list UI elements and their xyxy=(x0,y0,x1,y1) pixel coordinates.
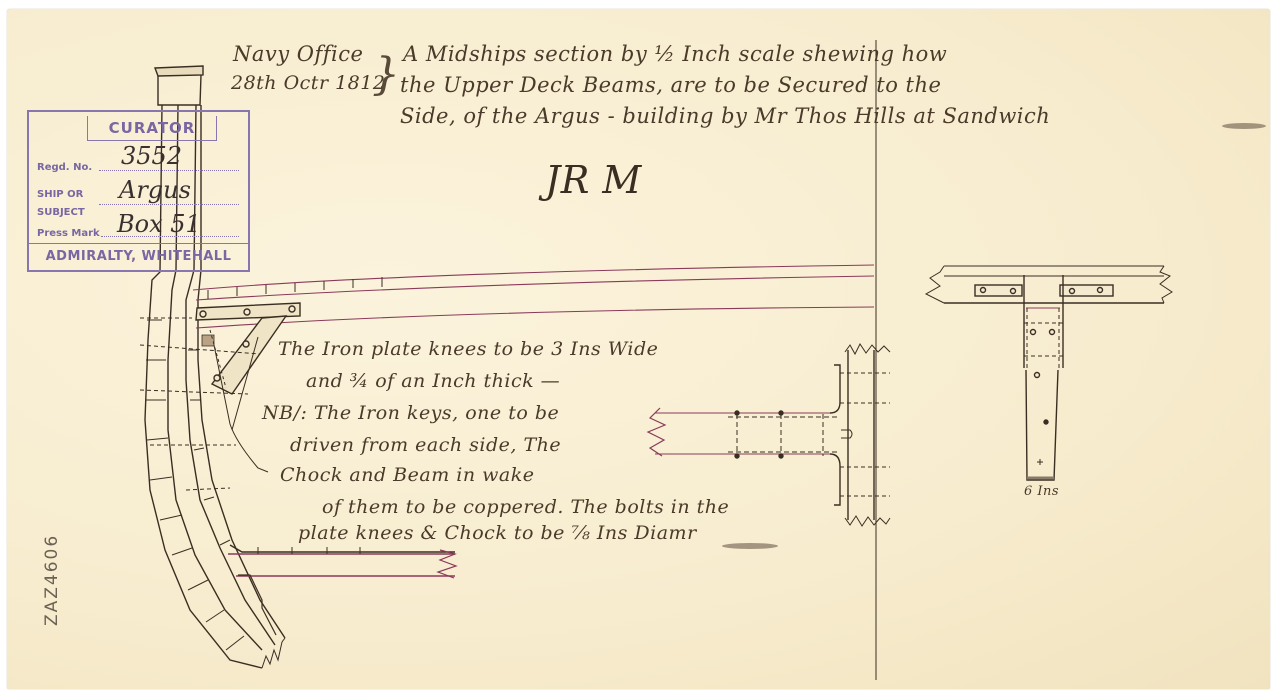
title-line-2: the Upper Deck Beams, are to be Secured … xyxy=(400,73,941,97)
press-label: Press Mark xyxy=(37,228,100,239)
note-line-1: The Iron plate knees to be 3 Ins Wide xyxy=(278,338,658,360)
regd-label: Regd. No. xyxy=(37,162,92,173)
office-date: 28th Octr 1812 xyxy=(231,72,385,94)
ship-line xyxy=(99,204,239,205)
detail-scale-label: 6 Ins xyxy=(1024,484,1059,499)
stamp-footer: ADMIRALTY, WHITEHALL xyxy=(29,243,248,270)
ship-label-1: SHIP OR xyxy=(37,189,83,200)
office-line-1: Navy Office xyxy=(233,42,363,66)
note-line-5: Chock and Beam in wake xyxy=(280,464,534,486)
note-line-4: driven from each side, The xyxy=(290,434,561,456)
ship-label-2: SUBJECT xyxy=(37,207,85,218)
catalog-number: ZAZ4606 xyxy=(42,534,62,626)
regd-value: 3552 xyxy=(121,142,182,170)
note-line-3: NB/: The Iron keys, one to be xyxy=(262,402,559,424)
note-line-7: plate knees & Chock to be ⅞ Ins Diamr xyxy=(298,522,697,544)
note-line-6: of them to be coppered. The bolts in the xyxy=(322,496,729,518)
ship-value: Argus xyxy=(119,176,191,204)
brace: } xyxy=(372,60,401,90)
curator-stamp: CURATOR Regd. No. 3552 SHIP OR SUBJECT A… xyxy=(27,110,250,272)
signature: JR M xyxy=(545,158,642,202)
regd-line xyxy=(99,170,239,171)
press-value: Box 51 xyxy=(117,210,201,238)
note-line-2: and ¾ of an Inch thick — xyxy=(306,370,560,392)
title-line-3: Side, of the Argus - building by Mr Thos… xyxy=(400,104,1050,128)
stamp-heading: CURATOR xyxy=(87,116,217,141)
title-line-1: A Midships section by ½ Inch scale shewi… xyxy=(403,42,947,66)
